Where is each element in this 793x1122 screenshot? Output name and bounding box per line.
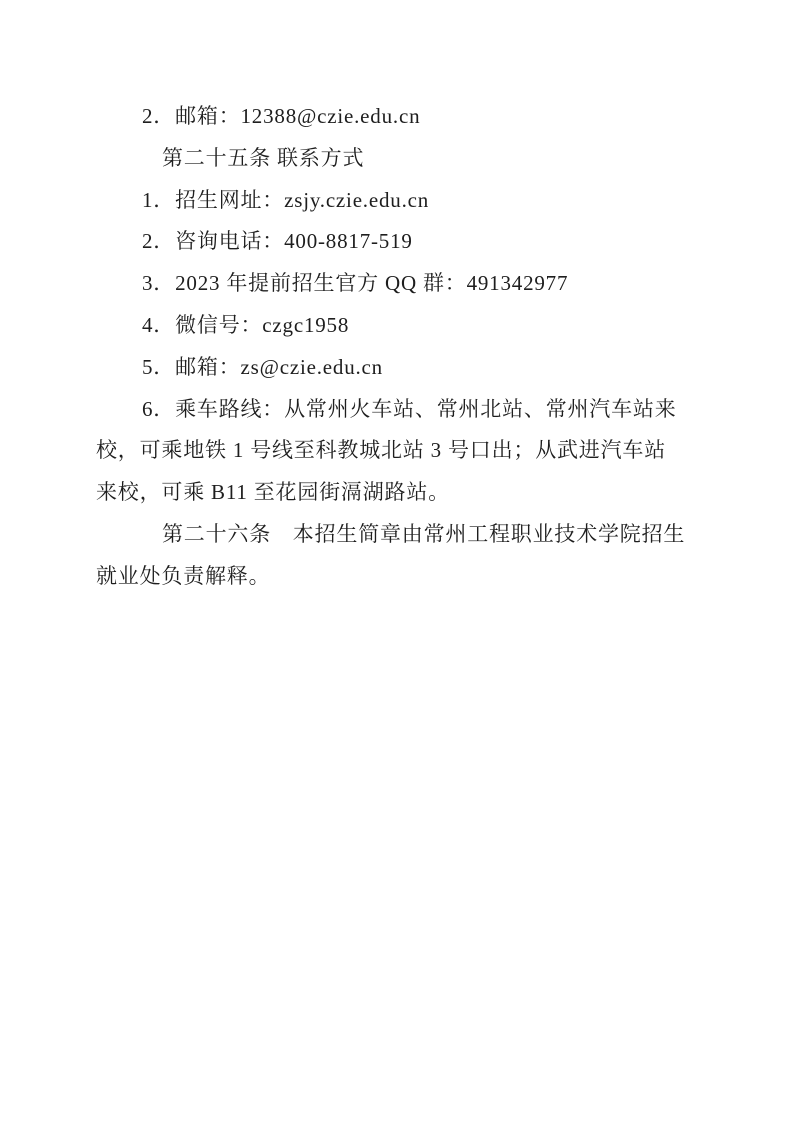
doc-line-article-25-title: 第二十五条 联系方式 [96, 138, 705, 180]
doc-line-wechat-item: 4．微信号：czgc1958 [96, 305, 705, 347]
doc-line-phone-item: 2．咨询电话：400-8817-519 [96, 221, 705, 263]
doc-line-route-item-1: 6．乘车路线：从常州火车站、常州北站、常州汽车站来 [96, 389, 705, 431]
doc-line-route-item-3: 来校，可乘 B11 至花园街滆湖路站。 [96, 472, 705, 514]
doc-line-email-item: 2．邮箱：12388@czie.edu.cn [96, 96, 705, 138]
doc-line-website-item: 1．招生网址：zsjy.czie.edu.cn [96, 180, 705, 222]
doc-line-zs-email-item: 5．邮箱：zs@czie.edu.cn [96, 347, 705, 389]
doc-line-article-26-line-2: 就业处负责解释。 [96, 556, 705, 598]
doc-line-qq-group-item: 3．2023 年提前招生官方 QQ 群：491342977 [96, 263, 705, 305]
doc-line-article-26-line-1: 第二十六条 本招生简章由常州工程职业技术学院招生 [96, 514, 705, 556]
doc-line-route-item-2: 校，可乘地铁 1 号线至科教城北站 3 号口出；从武进汽车站 [96, 430, 705, 472]
document-page: 2．邮箱：12388@czie.edu.cn 第二十五条 联系方式 1．招生网址… [0, 0, 793, 1122]
